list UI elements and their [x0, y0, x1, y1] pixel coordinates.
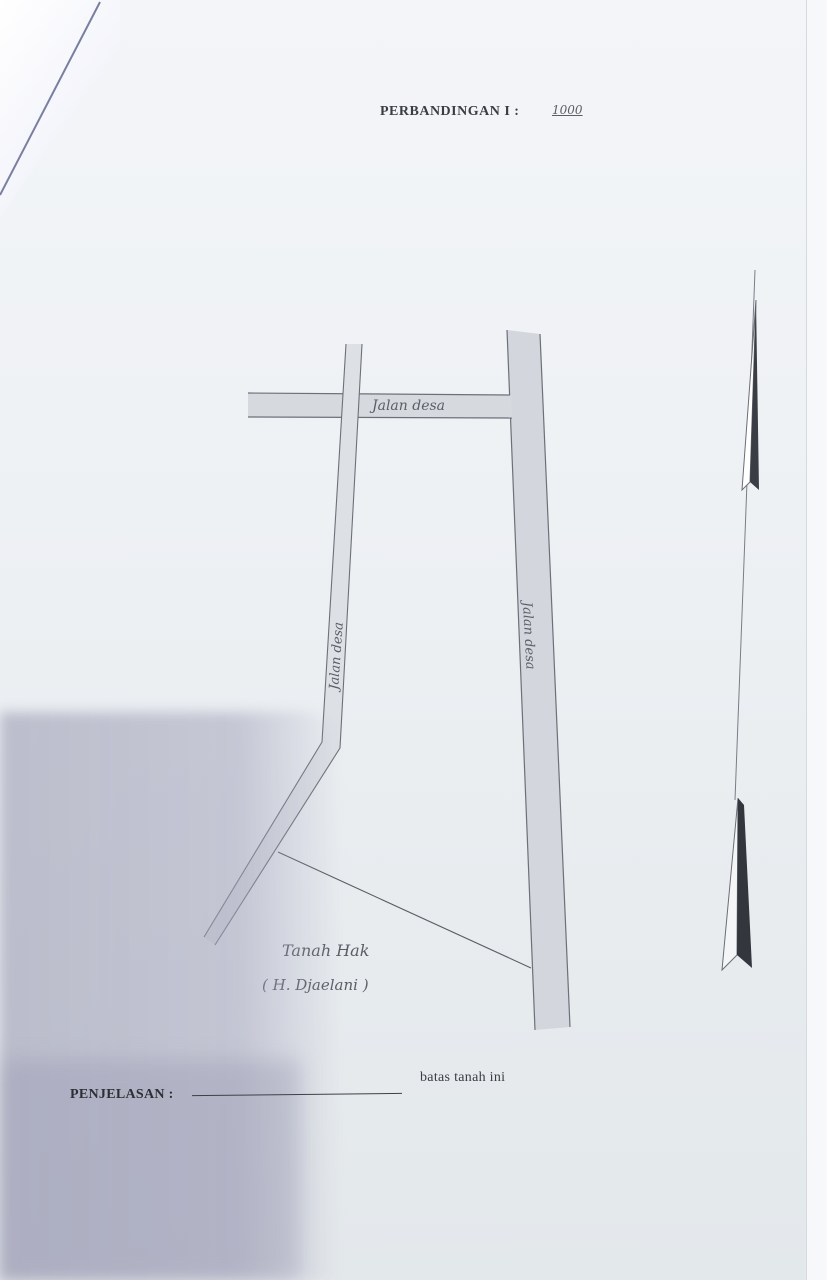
fold-crease — [0, 2, 100, 195]
legend-description: batas tanah ini — [420, 1070, 505, 1086]
road-horizontal-label: Jalan desa — [369, 398, 445, 414]
north-arrow-icon — [722, 270, 759, 970]
scanned-document-page: PERBANDINGAN I : 1000 Jalan desa Jalan d… — [0, 0, 827, 1280]
road-right-vertical — [507, 330, 570, 1030]
legend-label: PENJELASAN : — [70, 1087, 174, 1103]
